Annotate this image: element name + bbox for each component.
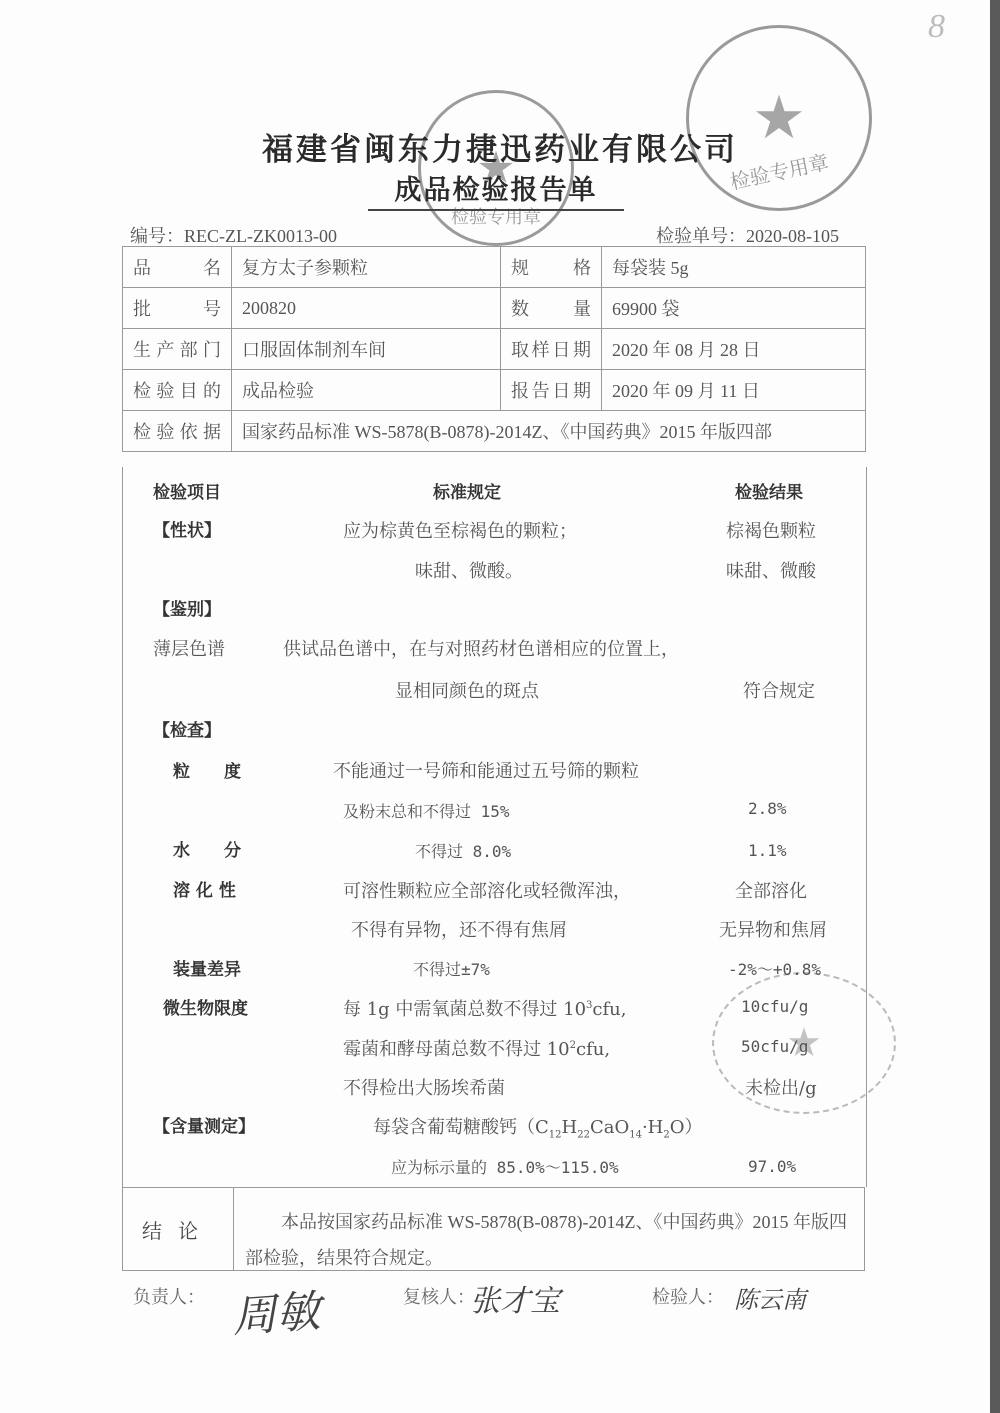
sampling-date: 2020 年 08 月 28 日 <box>602 329 866 370</box>
col-standard-header: 标准规定 <box>433 478 501 503</box>
batch: 200820 <box>232 288 501 329</box>
microbial-item: 微生物限度 <box>163 994 248 1019</box>
report-date-label: 报告日期 <box>501 370 602 411</box>
conclusion-label: 结论 <box>123 1188 234 1270</box>
appearance-section: 【性状】 <box>153 516 221 541</box>
tlc-item: 薄层色谱 <box>153 635 225 661</box>
inspection-stamp-right: ★ 检验专用章 <box>686 25 872 211</box>
sampling-date-label: 取样日期 <box>501 329 602 370</box>
dept-label: 生产部门 <box>123 329 232 370</box>
microbial-res-3: 未检出/g <box>745 1074 817 1100</box>
scan-edge <box>990 0 1000 1413</box>
granularity-res: 2.8% <box>748 799 787 818</box>
basis: 国家药品标准 WS-5878(B-0878)-2014Z、《中国药典》2015 … <box>232 411 866 452</box>
reviewer-signature: 张才宝 <box>470 1276 560 1320</box>
solubility-res-2: 无异物和焦屑 <box>719 916 827 942</box>
col-item-header: 检验项目 <box>153 478 221 503</box>
tlc-res: 符合规定 <box>743 677 815 703</box>
solubility-res-1: 全部溶化 <box>735 877 807 903</box>
identification-section: 【鉴别】 <box>153 595 221 620</box>
solubility-item: 溶 化 性 <box>173 876 236 901</box>
company-name: 福建省闽东力捷迅药业有限公司 <box>0 124 1000 169</box>
microbial-std-1: 每 1g 中需氧菌总数不得过 103cfu, <box>343 995 626 1021</box>
assay-std-1: 每袋含葡萄糖酸钙（C12H22CaO14·H2O） <box>373 1113 703 1141</box>
moisture-res: 1.1% <box>748 841 787 860</box>
inspector-signature: 陈云南 <box>734 1280 806 1315</box>
quantity-label: 数量 <box>501 288 602 329</box>
product-name: 复方太子参颗粒 <box>232 247 501 288</box>
report-title: 成品检验报告单 <box>368 168 624 211</box>
solubility-std-1: 可溶性颗粒应全部溶化或轻微浑浊， <box>343 877 631 903</box>
basis-label: 检验依据 <box>123 411 232 452</box>
reviewer-label: 复核人： <box>403 1283 475 1309</box>
purpose: 成品检验 <box>232 370 501 411</box>
fill-variation-res: -2%～+0.8% <box>728 957 821 980</box>
microbial-res-1: 10cfu/g <box>741 997 808 1016</box>
checks-section: 【检查】 <box>153 716 221 741</box>
appearance-res-2: 味甜、微酸 <box>726 557 816 583</box>
moisture-std: 不得过 8.0% <box>415 839 511 862</box>
moisture-item: 水 分 <box>173 836 241 861</box>
appearance-res-1: 棕褐色颗粒 <box>726 517 816 543</box>
responsible-label: 负责人： <box>133 1283 205 1309</box>
table-row: 批号 200820 数量 69900 袋 <box>123 288 866 329</box>
col-result-header: 检验结果 <box>735 478 803 503</box>
table-row: 生产部门 口服固体制剂车间 取样日期 2020 年 08 月 28 日 <box>123 329 866 370</box>
granularity-std-2: 及粉末总和不得过 15% <box>343 799 510 822</box>
conclusion-box: 结论 本品按国家药品标准 WS-5878(B-0878)-2014Z、《中国药典… <box>122 1187 865 1271</box>
microbial-std-2: 霉菌和酵母菌总数不得过 102cfu, <box>343 1035 610 1061</box>
spec: 每袋装 5g <box>602 247 866 288</box>
granularity-item: 粒 度 <box>173 757 241 782</box>
table-row: 检验依据 国家药品标准 WS-5878(B-0878)-2014Z、《中国药典》… <box>123 411 866 452</box>
product-info-table: 品名 复方太子参颗粒 规格 每袋装 5g 批号 200820 数量 69900 … <box>122 246 866 452</box>
spec-label: 规格 <box>501 247 602 288</box>
appearance-std-2: 味甜、微酸。 <box>415 557 523 583</box>
appearance-std-1: 应为棕黄色至棕褐色的颗粒； <box>343 517 577 543</box>
batch-label: 批号 <box>123 288 232 329</box>
assay-std-2: 应为标示量的 85.0%～115.0% <box>391 1155 619 1178</box>
results-section: 检验项目 标准规定 检验结果 【性状】 应为棕黄色至棕褐色的颗粒； 棕褐色颗粒 … <box>122 467 867 1187</box>
granularity-std-1: 不能通过一号筛和能通过五号筛的颗粒 <box>333 757 639 783</box>
conclusion-text: 本品按国家药品标准 WS-5878(B-0878)-2014Z、《中国药典》20… <box>245 1204 857 1276</box>
inspector-label: 检验人： <box>652 1283 724 1309</box>
table-row: 检验目的 成品检验 报告日期 2020 年 09 月 11 日 <box>123 370 866 411</box>
solubility-std-2: 不得有异物，还不得有焦屑 <box>351 916 567 942</box>
microbial-res-2: 50cfu/g <box>741 1037 808 1056</box>
purpose-label: 检验目的 <box>123 370 232 411</box>
assay-section: 【含量测定】 <box>153 1112 255 1137</box>
tlc-std-2: 显相同颜色的斑点 <box>395 677 539 703</box>
fill-variation-std: 不得过±7% <box>413 957 490 980</box>
product-name-label: 品名 <box>123 247 232 288</box>
page-number: 8 <box>928 8 945 46</box>
quantity: 69900 袋 <box>602 288 866 329</box>
tlc-std-1: 供试品色谱中，在与对照药材色谱相应的位置上， <box>283 635 679 661</box>
doc-code: 编号：REC-ZL-ZK0013-00 <box>130 222 337 248</box>
report-date: 2020 年 09 月 11 日 <box>602 370 866 411</box>
responsible-signature: 周敏 <box>230 1275 322 1345</box>
assay-res: 97.0% <box>748 1157 796 1176</box>
microbial-std-3: 不得检出大肠埃希菌 <box>343 1074 505 1100</box>
table-row: 品名 复方太子参颗粒 规格 每袋装 5g <box>123 247 866 288</box>
dept: 口服固体制剂车间 <box>232 329 501 370</box>
report-number: 检验单号：2020-08-105 <box>656 222 839 248</box>
fill-variation-item: 装量差异 <box>173 955 241 980</box>
